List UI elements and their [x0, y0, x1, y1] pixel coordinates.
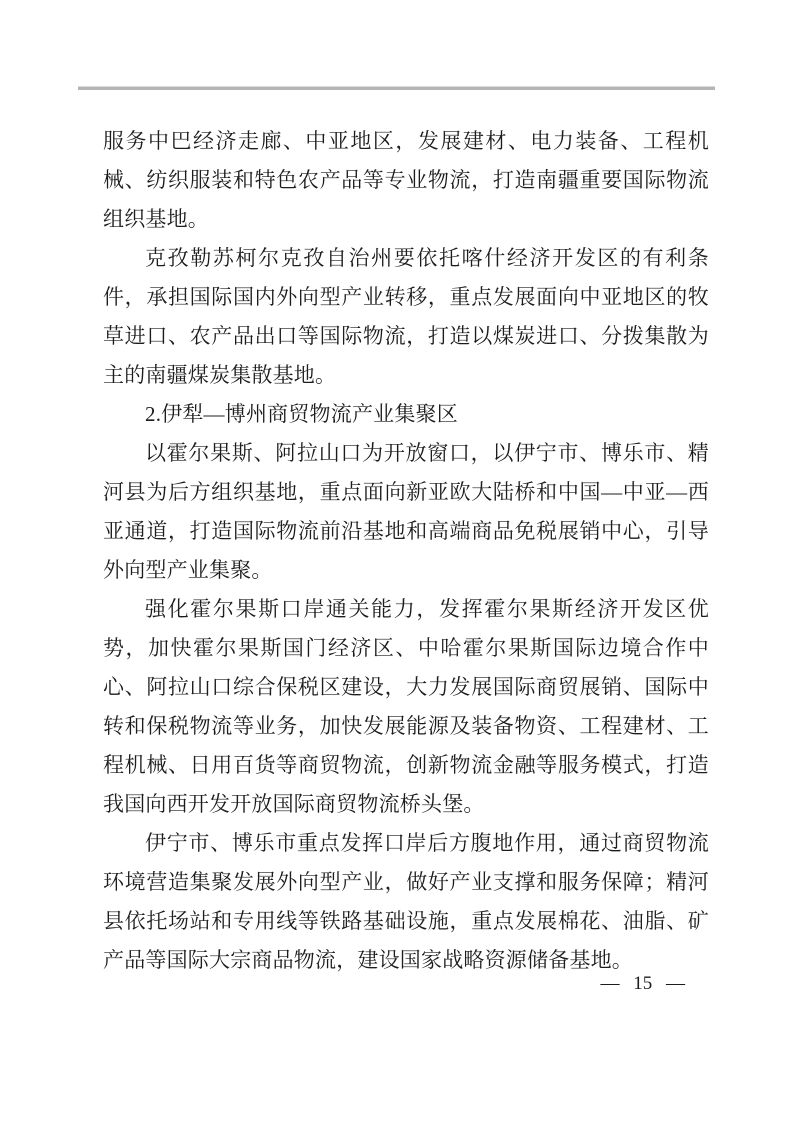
document-body: 服务中巴经济走廊、中亚地区，发展建材、电力装备、工程机械、纺织服装和特色农产品等… — [103, 122, 709, 980]
paragraph: 以霍尔果斯、阿拉山口为开放窗口，以伊宁市、博乐市、精河县为后方组织基地，重点面向… — [103, 434, 709, 590]
paragraph-continuation: 服务中巴经济走廊、中亚地区，发展建材、电力装备、工程机械、纺织服装和特色农产品等… — [103, 122, 709, 239]
header-rule — [78, 86, 715, 90]
paragraph: 强化霍尔果斯口岸通关能力，发挥霍尔果斯经济开发区优势，加快霍尔果斯国门经济区、中… — [103, 590, 709, 824]
page-number: — 15 — — [601, 972, 686, 996]
paragraph: 伊宁市、博乐市重点发挥口岸后方腹地作用，通过商贸物流环境营造集聚发展外向型产业，… — [103, 824, 709, 980]
document-page: 服务中巴经济走廊、中亚地区，发展建材、电力装备、工程机械、纺织服装和特色农产品等… — [0, 0, 793, 1122]
paragraph: 克孜勒苏柯尔克孜自治州要依托喀什经济开发区的有利条件，承担国际国内外向型产业转移… — [103, 239, 709, 395]
section-heading: 2.伊犁—博州商贸物流产业集聚区 — [103, 395, 709, 434]
